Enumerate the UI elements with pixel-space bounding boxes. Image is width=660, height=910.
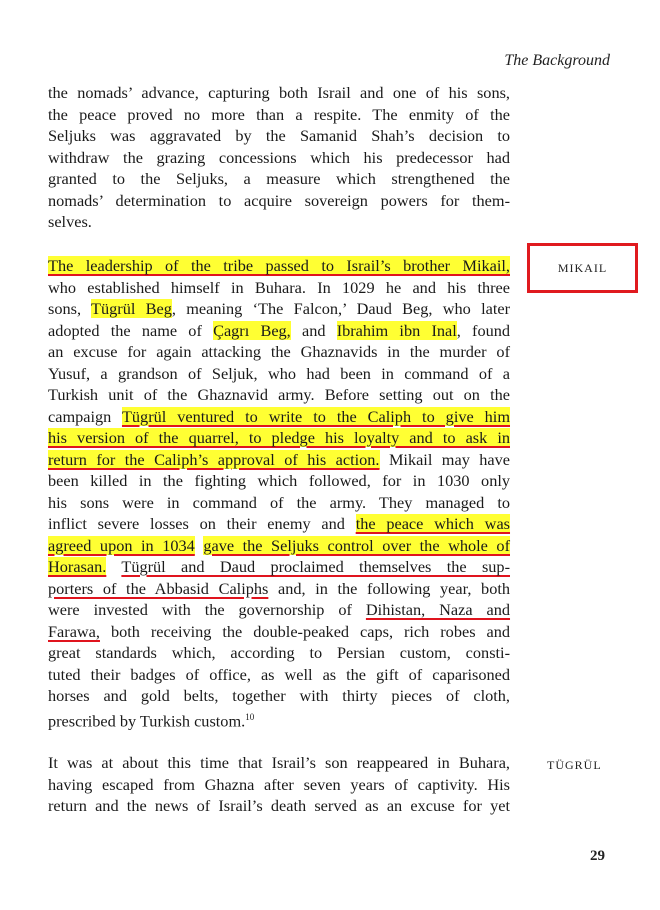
highlight-underline: his version of the quarrel, to pledge hi… <box>48 428 510 447</box>
highlight-underline: The leadership of the tribe passed to Is… <box>48 256 510 275</box>
highlight: Tügrül Beg <box>91 299 172 318</box>
underline: Farawa, <box>48 622 100 641</box>
margin-note-mikail: MIKAIL <box>527 243 638 293</box>
text-line: the peace proved no more than a respite.… <box>48 104 510 126</box>
text-span: campaign <box>48 407 122 426</box>
text-line: nomads’ determination to acquire soverei… <box>48 190 510 212</box>
text-line: his sons were in command of the army. Th… <box>48 492 510 514</box>
paragraph-3: It was at about this time that Israil’s … <box>48 752 510 817</box>
text-line: who established himself in Buhara. In 10… <box>48 277 510 299</box>
text-span: sons, <box>48 299 91 318</box>
paragraph-2: The leadership of the tribe passed to Is… <box>48 255 510 728</box>
margin-note-label: MIKAIL <box>558 261 607 276</box>
text-line: It was at about this time that Israil’s … <box>48 752 510 774</box>
paragraph-1: the nomads’ advance, capturing both Isra… <box>48 82 510 233</box>
highlight-underline: the peace which was <box>356 514 510 533</box>
underline: Tügrül and Daud proclaimed themselves th… <box>121 557 510 576</box>
text-line: tuted their badges of office, as well as… <box>48 664 510 686</box>
highlight-underline: return for the Caliph’s approval of his … <box>48 450 380 469</box>
page-number: 29 <box>590 848 605 865</box>
text-line: Seljuks was aggravated by the Samanid Sh… <box>48 125 510 147</box>
text-span: and, in the following year, both <box>268 579 510 598</box>
underline: Dihistan, Naza and <box>366 600 510 619</box>
text-span: adopted the name of <box>48 321 213 340</box>
text-line: horses and gold belts, together with thi… <box>48 685 510 707</box>
text-line: having escaped from Ghazna after seven y… <box>48 774 510 796</box>
running-head: The Background <box>504 52 610 70</box>
text-line: granted to the Seljuks, a measure which … <box>48 168 510 190</box>
highlight: Ibrahim ibn Inal <box>337 321 457 340</box>
highlight-underline: Horasan. <box>48 557 106 576</box>
text-line: an excuse for again attacking the Ghazna… <box>48 341 510 363</box>
margin-note-tugrul: TÜGRÜL <box>547 758 602 773</box>
highlight-underline: Tügrül ventured to write to the Caliph t… <box>122 407 510 426</box>
text-span: inflict severe losses on their enemy and <box>48 514 356 533</box>
highlight: Çagrı Beg, <box>213 321 291 340</box>
text-line: great standards which, according to Pers… <box>48 642 510 664</box>
highlight-underline: gave the Seljuks control over the whole … <box>203 536 510 555</box>
underline: porters of the Abbasid Caliphs <box>48 579 268 598</box>
text-line: return and the news of Israil’s death se… <box>48 795 510 817</box>
text-span: both receiving the double-peaked caps, r… <box>100 622 510 641</box>
text-span: , found <box>457 321 510 340</box>
book-page: The Background the nomads’ advance, capt… <box>0 0 660 910</box>
text-span: were invested with the governorship of <box>48 600 366 619</box>
text-line: Turkish unit of the Ghaznavid army. Befo… <box>48 384 510 406</box>
text-line: Yusuf, a grandson of Seljuk, who had bee… <box>48 363 510 385</box>
text-span: , meaning ‘The Falcon,’ Daud Beg, who la… <box>172 299 510 318</box>
text-line: the nomads’ advance, capturing both Isra… <box>48 82 510 104</box>
text-line: selves. <box>48 211 510 233</box>
text-span <box>106 557 121 576</box>
text-span: prescribed by Turkish custom. <box>48 711 245 730</box>
text-span: Mikail may have <box>380 450 511 469</box>
text-line: been killed in the fighting which follow… <box>48 470 510 492</box>
text-span: and <box>291 321 337 340</box>
text-line: withdraw the grazing concessions which h… <box>48 147 510 169</box>
footnote-ref: 10 <box>245 712 254 722</box>
highlight-underline: agreed upon in 1034 <box>48 536 195 555</box>
